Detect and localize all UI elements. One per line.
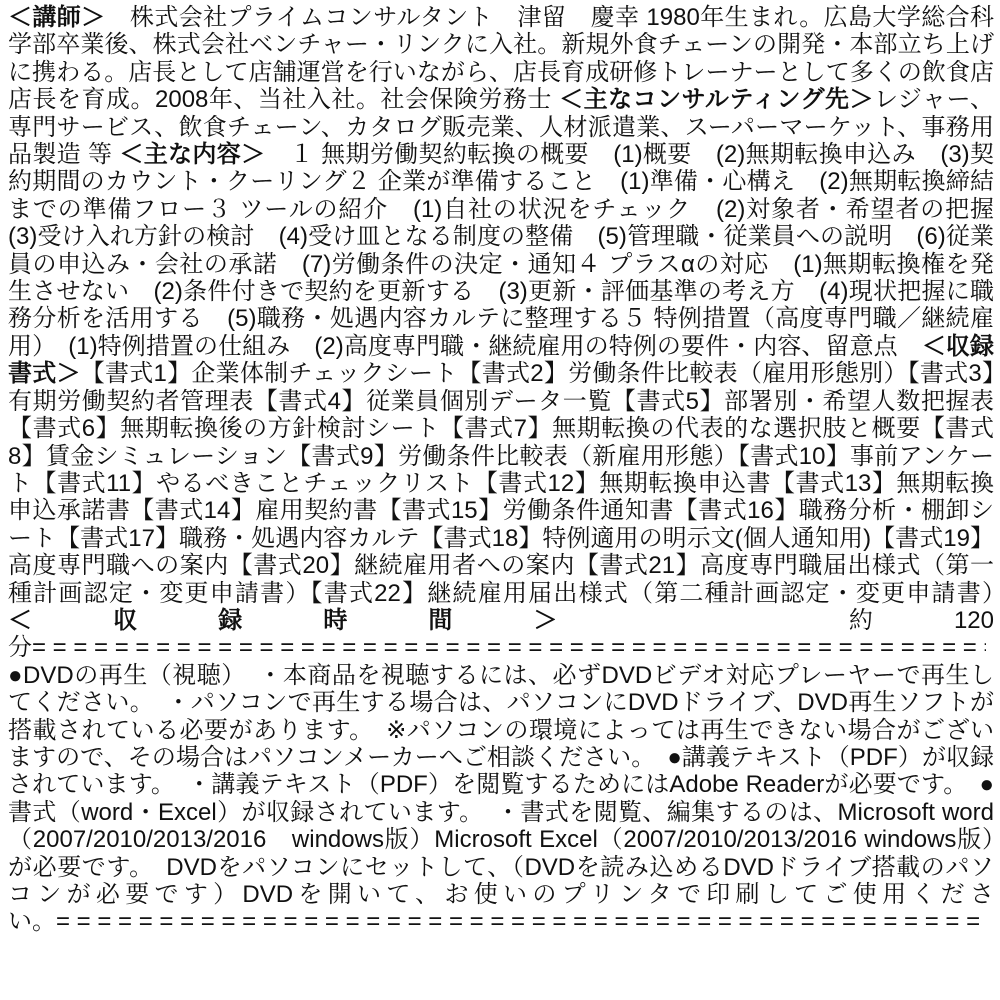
separator-line: 分= = = = = = = = = = = = = = = = = = = =…	[8, 634, 986, 661]
section-heading: ＜主なコンサルティング先＞	[559, 86, 873, 113]
separator-line: い。= = = = = = = = = = = = = = = = = = = …	[8, 908, 986, 935]
text-segment: 【書式1】企業体制チェックシート【書式2】労働条件比較表（雇用形態別）【書式3】…	[8, 360, 1000, 606]
section-heading: ＜収録時間＞	[8, 607, 558, 634]
product-description-text: ＜講師＞ 株式会社プライムコンサルタント 津留 慶幸 1980年生まれ。広島大学…	[0, 0, 1000, 1000]
text-segment: ●DVDの再生（視聴） ・本商品を視聴するには、必ずDVDビデオ対応プレーヤーで…	[8, 662, 994, 908]
text-segment: １ 無期労働契約転換の概要 (1)概要 (2)無期転換申込み (3)契約期間のカ…	[8, 141, 1000, 360]
section-heading: ＜主な内容＞	[119, 141, 265, 168]
text-segment: 約120	[558, 607, 994, 634]
section-heading: ＜講師＞	[8, 4, 105, 31]
